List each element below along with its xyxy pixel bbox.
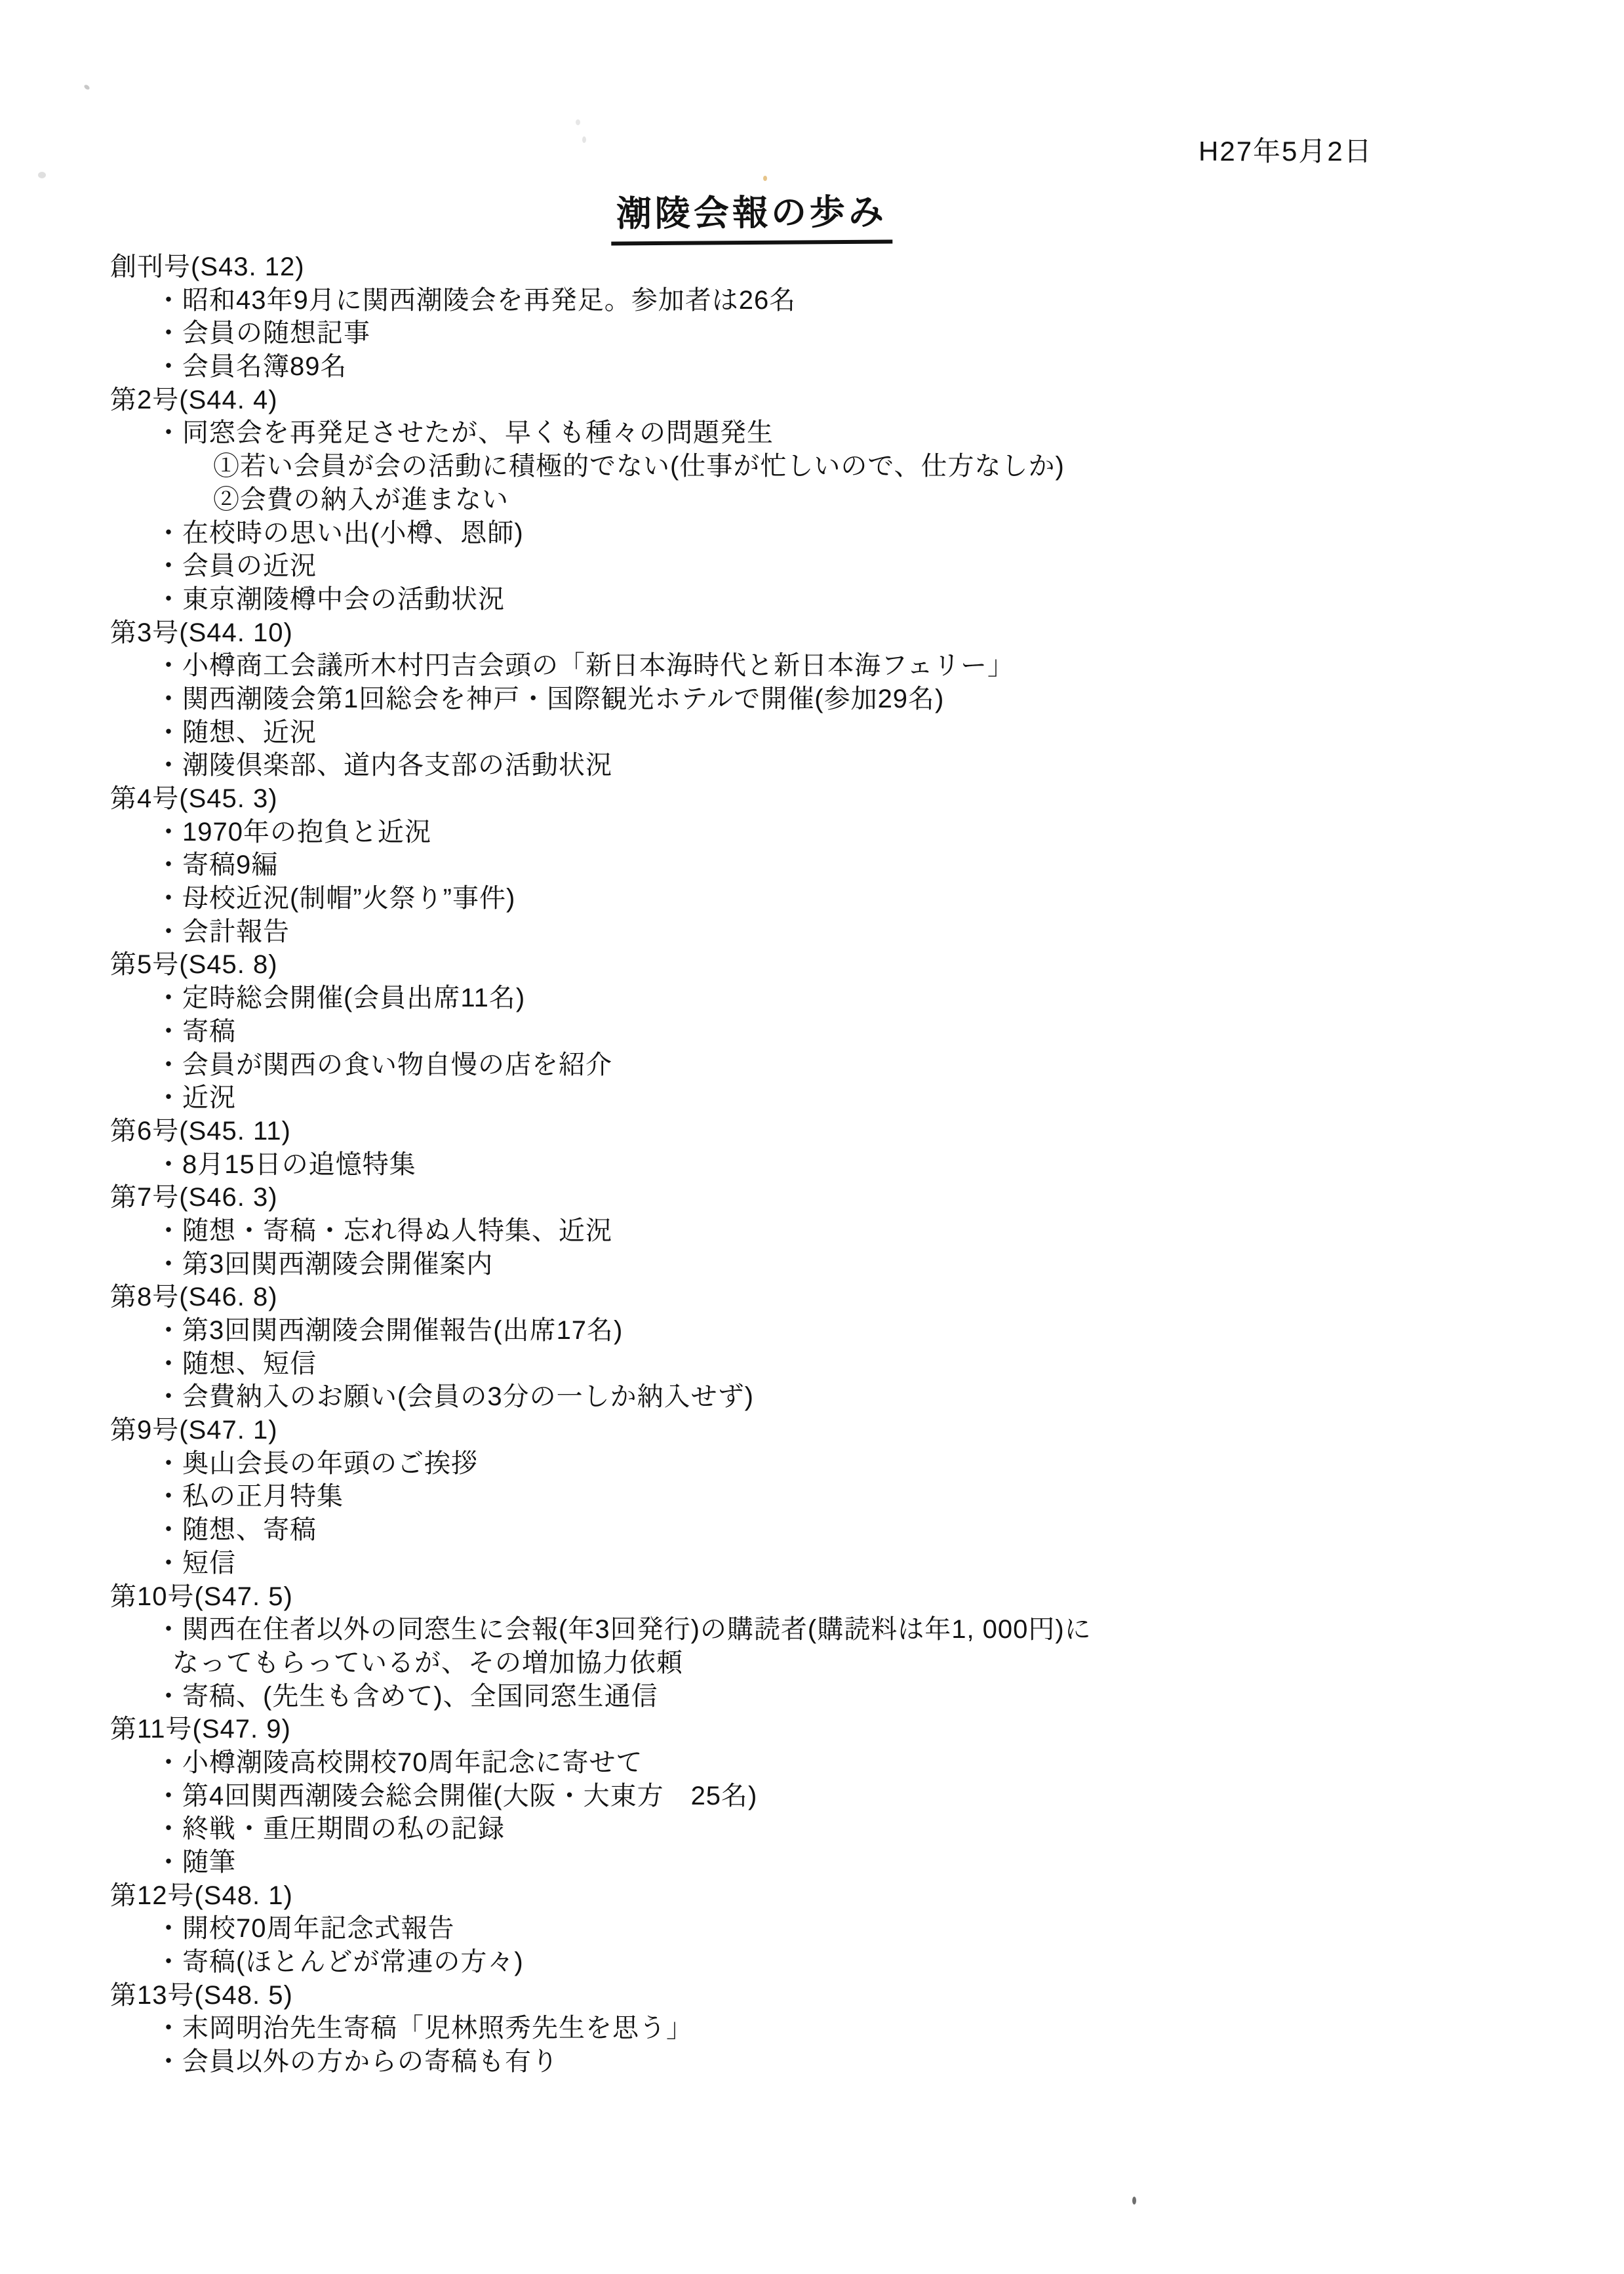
issue-item: ・会費納入のお願い(会員の3分の一しか納入せず)	[0, 1376, 1624, 1409]
issue-item: ・関西在住者以外の同窓生に会報(年3回発行)の購読者(購読料は年1, 000円)…	[0, 1608, 1624, 1642]
issue-item: ・関西潮陵会第1回総会を神戸・国際観光ホテルで開催(参加29名)	[0, 678, 1624, 711]
issue-header: 第8号(S46. 8)	[0, 1276, 1624, 1309]
issue-item: ・第3回関西潮陵会開催報告(出席17名)	[0, 1309, 1624, 1343]
issue-item: ・随想・寄稿・忘れ得ぬ人特集、近況	[0, 1210, 1624, 1243]
issue-item: ・寄稿(ほとんどが常連の方々)	[0, 1941, 1624, 1974]
issue-item: ・開校70周年記念式報告	[0, 1907, 1624, 1941]
scan-speck	[83, 84, 90, 90]
scan-speck	[576, 119, 580, 125]
issue-item: ②会費の納入が進まない	[0, 479, 1624, 512]
issue-item: ・昭和43年9月に関西潮陵会を再発足。参加者は26名	[0, 279, 1624, 313]
scanned-document-page: H27年5月2日 潮陵会報の歩み 創刊号(S43. 12)・昭和43年9月に関西…	[0, 0, 1624, 2274]
issue-item: ・寄稿9編	[0, 844, 1624, 877]
issue-header: 第12号(S48. 1)	[0, 1875, 1624, 1908]
issue-header: 第3号(S44. 10)	[0, 612, 1624, 645]
issue-item: ・小樽潮陵高校開校70周年記念に寄せて	[0, 1742, 1624, 1775]
issue-header: 創刊号(S43. 12)	[0, 246, 1624, 279]
issue-item: ・東京潮陵樽中会の活動状況	[0, 578, 1624, 612]
issue-item: ・会員が関西の食い物自慢の店を紹介	[0, 1044, 1624, 1077]
issue-item: ・随想、寄稿	[0, 1509, 1624, 1542]
issue-header: 第7号(S46. 3)	[0, 1176, 1624, 1210]
issue-header: 第10号(S47. 5)	[0, 1576, 1624, 1609]
scan-speck	[582, 136, 586, 143]
issue-item: ・8月15日の追憶特集	[0, 1144, 1624, 1177]
issue-item: ・随筆	[0, 1841, 1624, 1875]
issue-item: ・第4回関西潮陵会総会開催(大阪・大東方 25名)	[0, 1775, 1624, 1808]
scan-speck	[38, 172, 46, 178]
issue-item: ・私の正月特集	[0, 1475, 1624, 1509]
issue-item: ・会員の近況	[0, 545, 1624, 578]
issue-item: ・寄稿	[0, 1010, 1624, 1044]
scan-speck	[1132, 2197, 1136, 2204]
issue-item: ・会員の随想記事	[0, 312, 1624, 346]
issue-item: ・第3回関西潮陵会開催案内	[0, 1243, 1624, 1277]
issue-item: ・末岡明治先生寄稿「児林照秀先生を思う」	[0, 2007, 1624, 2041]
issue-item: ・会員以外の方からの寄稿も有り	[0, 2041, 1624, 2074]
scan-speck	[763, 176, 767, 181]
issue-item: ・1970年の抱負と近況	[0, 811, 1624, 845]
issue-item: ・母校近況(制帽”火祭り”事件)	[0, 877, 1624, 911]
page-title: 潮陵会報の歩み	[611, 184, 893, 246]
issue-item: ・定時総会開催(会員出席11名)	[0, 977, 1624, 1010]
issue-item: ・会計報告	[0, 911, 1624, 944]
issue-header: 第4号(S45. 3)	[0, 778, 1624, 811]
issue-item: ・潮陵倶楽部、道内各支部の活動状況	[0, 744, 1624, 778]
issue-header: 第6号(S45. 11)	[0, 1110, 1624, 1144]
issue-history-list: 創刊号(S43. 12)・昭和43年9月に関西潮陵会を再発足。参加者は26名・会…	[0, 246, 1624, 2074]
issue-header: 第2号(S44. 4)	[0, 379, 1624, 412]
issue-item: ①若い会員が会の活動に積極的でない(仕事が忙しいので、仕方なしか)	[0, 445, 1624, 479]
issue-item: ・終戦・重圧期間の私の記録	[0, 1808, 1624, 1841]
issue-header: 第13号(S48. 5)	[0, 1974, 1624, 2008]
issue-item: ・小樽商工会議所木村円吉会頭の「新日本海時代と新日本海フェリー」	[0, 645, 1624, 678]
issue-header: 第5号(S45. 8)	[0, 944, 1624, 977]
issue-item: なってもらっているが、その増加協力依頼	[0, 1642, 1624, 1675]
issue-item: ・在校時の思い出(小樽、恩師)	[0, 512, 1624, 546]
issue-item: ・随想、近況	[0, 711, 1624, 745]
issue-item: ・短信	[0, 1542, 1624, 1576]
issue-item: ・奥山会長の年頭のご挨拶	[0, 1443, 1624, 1476]
issue-header: 第9号(S47. 1)	[0, 1409, 1624, 1443]
issue-header: 第11号(S47. 9)	[0, 1708, 1624, 1742]
issue-item: ・随想、短信	[0, 1343, 1624, 1376]
issue-item: ・近況	[0, 1077, 1624, 1110]
document-date: H27年5月2日	[1198, 130, 1373, 169]
issue-item: ・同窓会を再発足させたが、早くも種々の問題発生	[0, 412, 1624, 445]
issue-item: ・会員名簿89名	[0, 346, 1624, 379]
issue-item: ・寄稿、(先生も含めて)、全国同窓生通信	[0, 1675, 1624, 1709]
